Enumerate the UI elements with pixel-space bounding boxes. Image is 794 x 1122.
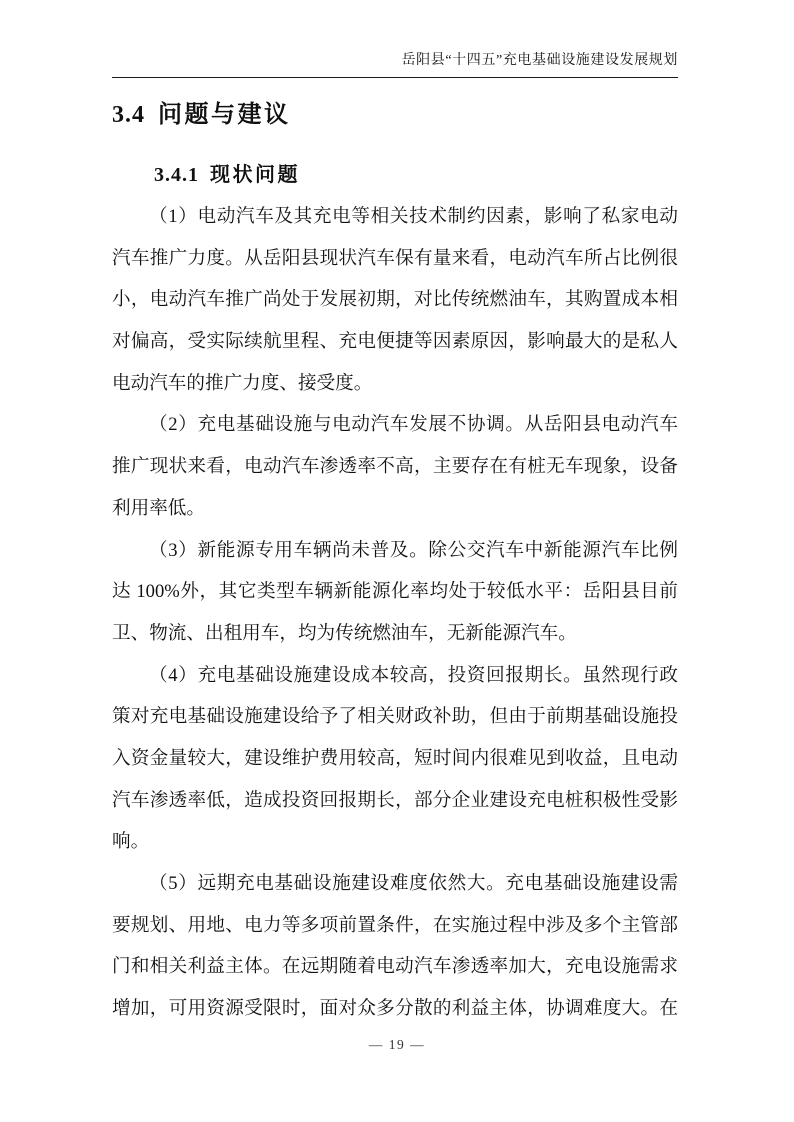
document-page: 岳阳县“十四五”充电基础设施建设发展规划 3.4问题与建议 3.4.1现状问题 …: [0, 0, 794, 1122]
document-body: （1）电动汽车及其充电等相关技术制约因素，影响了私家电动汽车推广力度。从岳阳县现…: [112, 196, 678, 1030]
paragraph-line: 增加，可用资源受限时，面对众多分散的利益主体，协调难度大。在: [112, 988, 678, 1030]
paragraph-line: 汽车渗透率低，造成投资回报期长，部分企业建设充电桩积极性受影: [112, 780, 678, 822]
paragraph-line: 推广现状来看，电动汽车渗透率不高，主要存在有桩无车现象，设备: [112, 446, 678, 488]
paragraph-line: （4）充电基础设施建设成本较高，投资回报期长。虽然现行政: [112, 655, 678, 697]
page-number: — 19 —: [369, 1037, 425, 1052]
paragraph-line: （2）充电基础设施与电动汽车发展不协调。从岳阳县电动汽车: [112, 404, 678, 446]
paragraph-line: （5）远期充电基础设施建设难度依然大。充电基础设施建设需: [112, 863, 678, 905]
section-heading: 3.4问题与建议: [112, 101, 291, 129]
paragraph-line: 小，电动汽车推广尚处于发展初期，对比传统燃油车，其购置成本相: [112, 279, 678, 321]
paragraph-line: 利用率低。: [112, 488, 678, 530]
paragraph-line: 响。: [112, 821, 678, 863]
paragraph-line: 策对充电基础设施建设给予了相关财政补助，但由于前期基础设施投: [112, 696, 678, 738]
subsection-heading-text: 现状问题: [210, 164, 300, 186]
paragraph-line: 门和相关利益主体。在远期随着电动汽车渗透率加大，充电设施需求: [112, 946, 678, 988]
section-heading-text: 问题与建议: [158, 101, 291, 128]
header-title: 岳阳县“十四五”充电基础设施建设发展规划: [402, 53, 678, 68]
paragraph-line: 达 100%外，其它类型车辆新能源化率均处于较低水平：岳阳县目前环: [112, 571, 678, 613]
paragraph-line: （1）电动汽车及其充电等相关技术制约因素，影响了私家电动: [112, 196, 678, 238]
subsection-heading: 3.4.1现状问题: [112, 163, 300, 187]
page-header: 岳阳县“十四五”充电基础设施建设发展规划: [112, 52, 678, 78]
paragraph-line: 要规划、用地、电力等多项前置条件，在实施过程中涉及多个主管部: [112, 905, 678, 947]
paragraph-line: 入资金量较大，建设维护费用较高，短时间内很难见到收益，且电动: [112, 738, 678, 780]
paragraph-line: 汽车推广力度。从岳阳县现状汽车保有量来看，电动汽车所占比例很: [112, 238, 678, 280]
paragraph-line: （3）新能源专用车辆尚未普及。除公交汽车中新能源汽车比例: [112, 530, 678, 572]
paragraph-line: 电动汽车的推广力度、接受度。: [112, 363, 678, 405]
section-heading-number: 3.4: [112, 102, 145, 128]
subsection-heading-number: 3.4.1: [154, 164, 199, 186]
paragraph-line: 卫、物流、出租用车，均为传统燃油车，无新能源汽车。: [112, 613, 678, 655]
paragraph-line: 对偏高，受实际续航里程、充电便捷等因素原因，影响最大的是私人: [112, 321, 678, 363]
page-footer: — 19 —: [0, 1037, 794, 1053]
